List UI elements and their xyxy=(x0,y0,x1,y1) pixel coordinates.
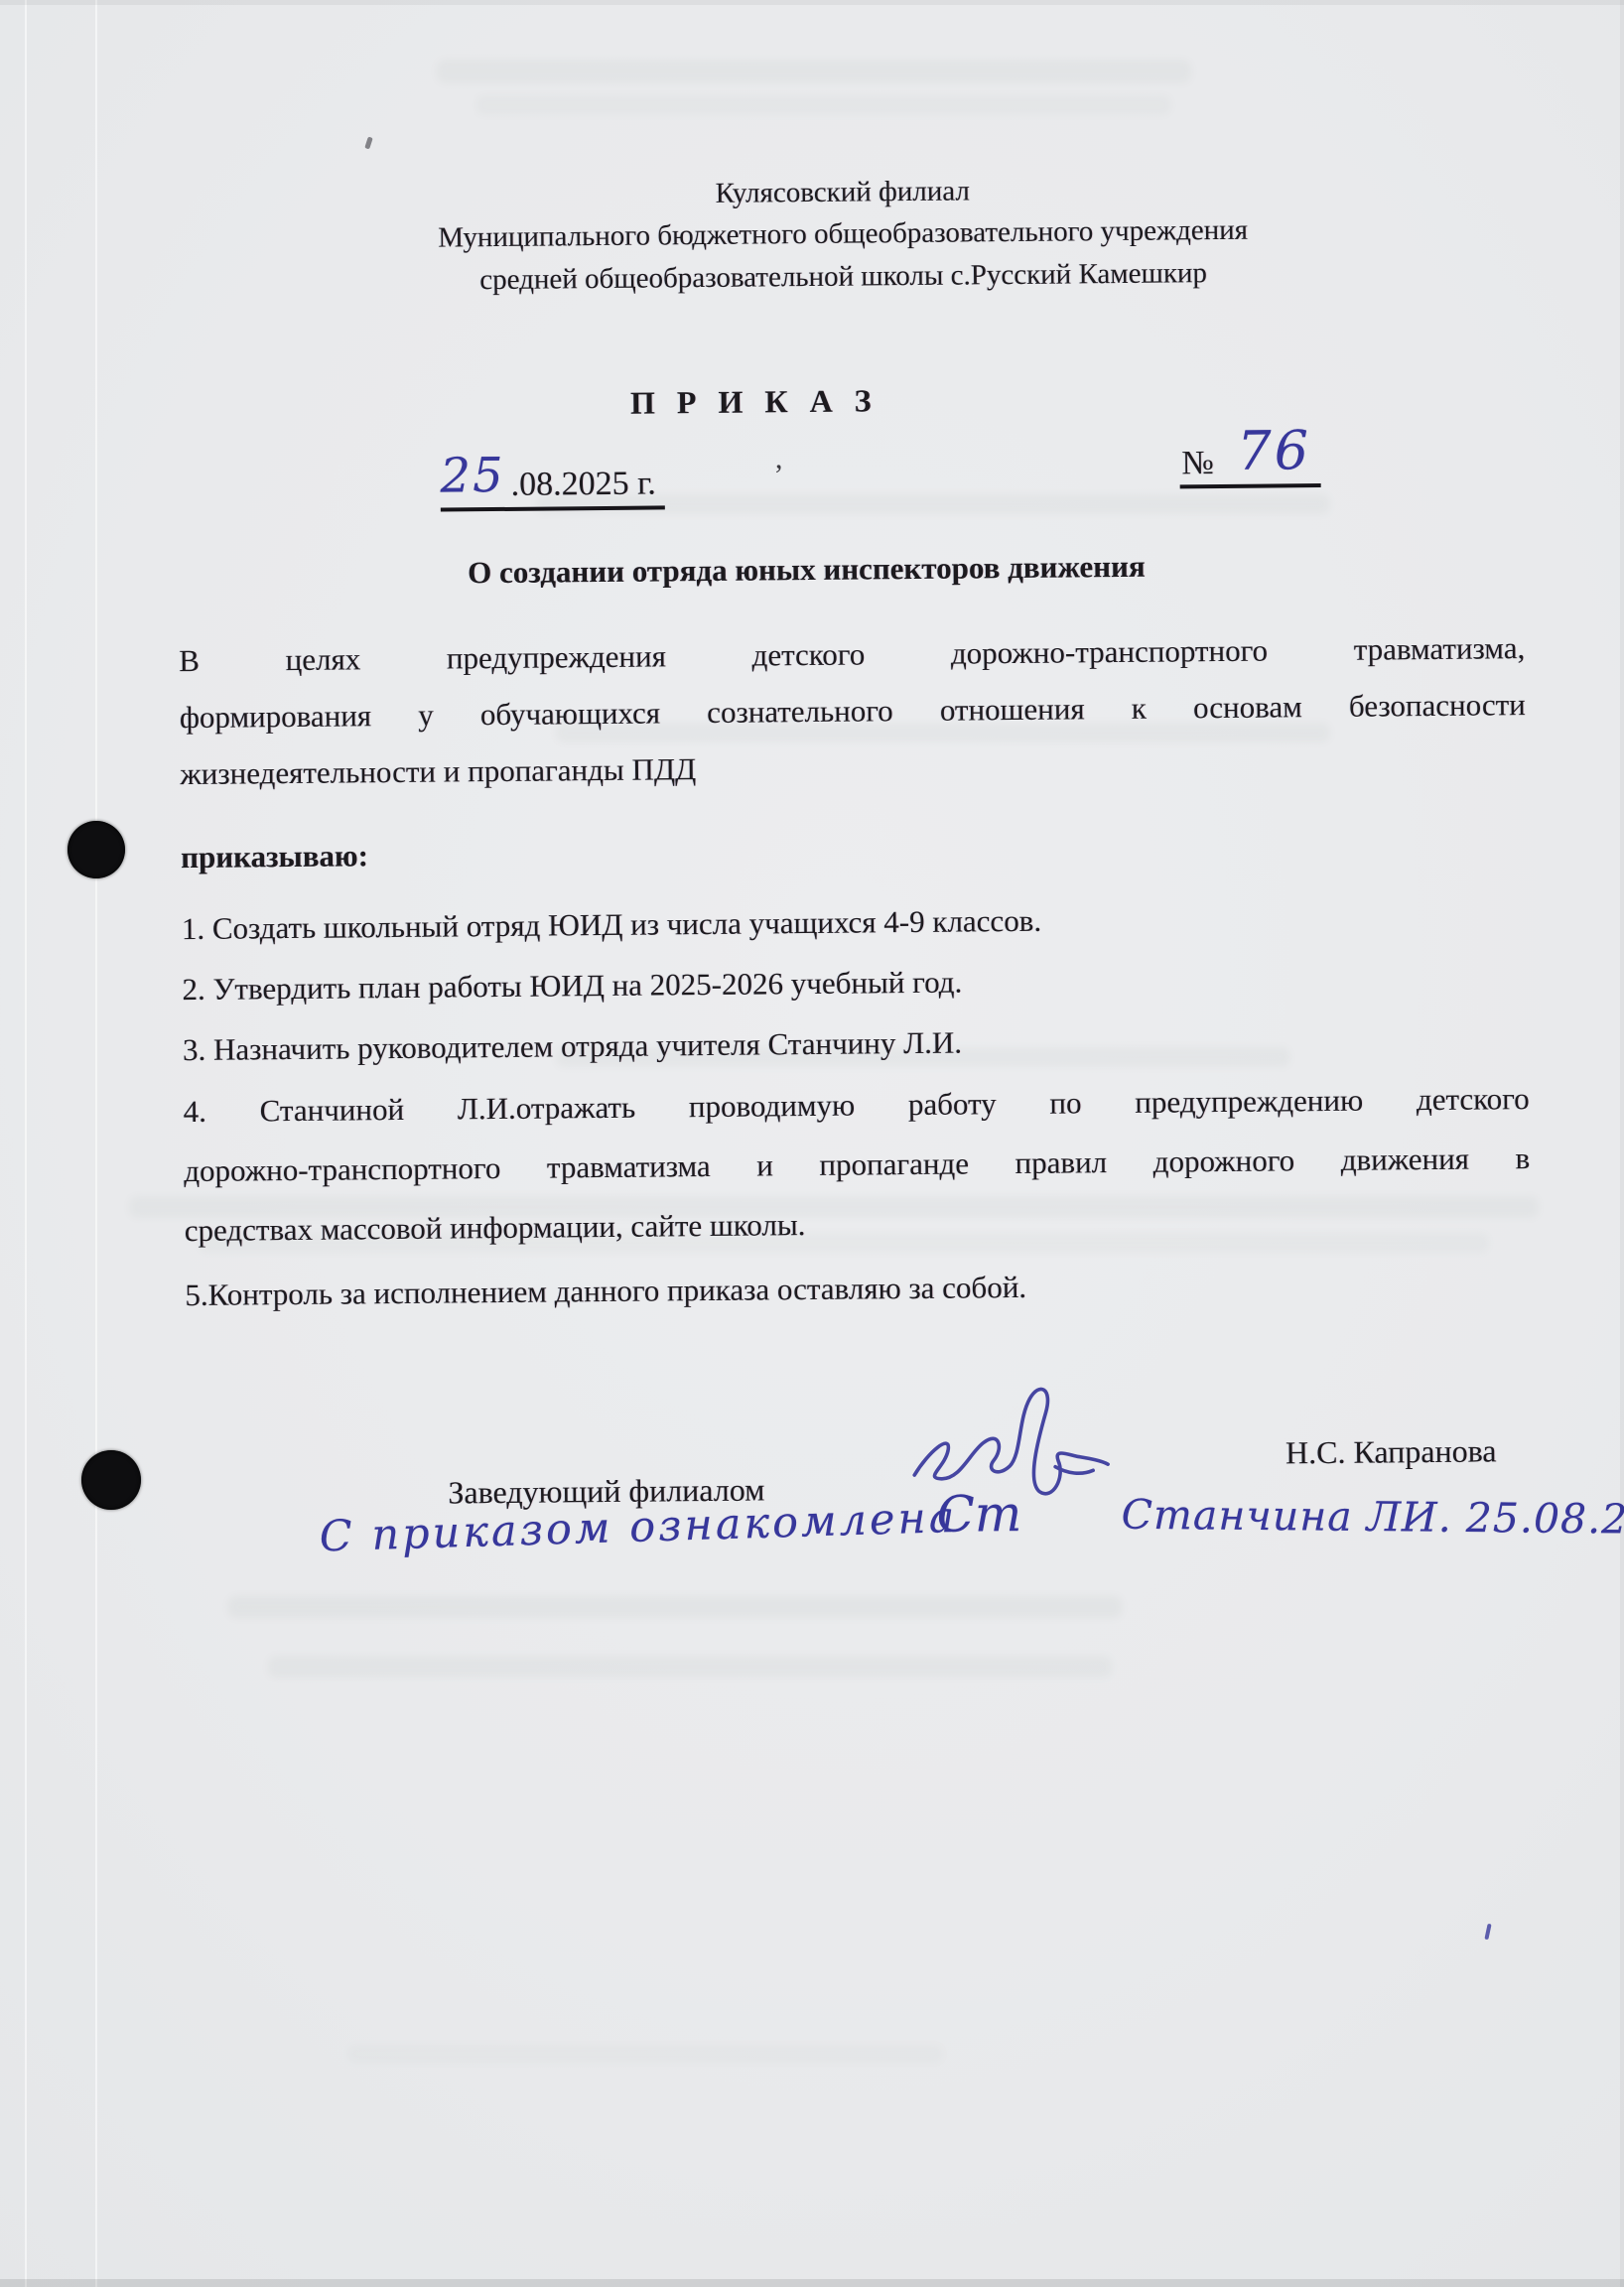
stray-pen-mark: ’ xyxy=(773,459,783,492)
signoff-name: Н.С. Капранова xyxy=(1286,1432,1497,1471)
order-item-3: 3. Назначить руководителем отряда учител… xyxy=(183,1019,1529,1068)
number-sign: № xyxy=(1181,445,1214,482)
order-number: № 76 xyxy=(1179,438,1320,488)
preamble-line-3: жизнедеятельности и пропаганды ПДД xyxy=(180,743,1526,792)
date-printed-part: .08.2025 г. xyxy=(511,465,656,503)
scan-edge-shadow xyxy=(0,2279,1624,2287)
scan-edge-shadow xyxy=(0,0,1624,5)
org-name-line-2: Муниципального бюджетного общеобразовате… xyxy=(239,214,1446,255)
order-item-5: 5.Контроль за исполнением данного приказ… xyxy=(185,1265,1531,1313)
acknowledgement-name-and-date: Станчина ЛИ. 25.08.25г xyxy=(1121,1491,1624,1544)
preamble-line-2: формирования у обучающихся сознательного… xyxy=(180,687,1526,736)
paper-background: Кулясовский филиал Муниципального бюджет… xyxy=(0,0,1624,2287)
document-content: Кулясовский филиал Муниципального бюджет… xyxy=(0,0,1624,2287)
order-item-1: 1. Создать школьный отряд ЮИД из числа у… xyxy=(182,898,1528,947)
order-item-4-line-1: 4. Станчиной Л.И.отражать проводимую раб… xyxy=(183,1081,1529,1130)
acknowledgement-initials-signature: Ст xyxy=(936,1485,1021,1544)
acknowledgement-phrase-handwritten: С приказом ознакомлена xyxy=(319,1493,958,1562)
order-item-4-line-3: средствах массовой информации, сайте шко… xyxy=(185,1200,1531,1249)
preamble-line-1: В целях предупреждения детского дорожно-… xyxy=(179,630,1525,679)
order-date: 25 .08.2025 г. xyxy=(440,450,665,511)
org-name-line-1: Кулясовский филиал xyxy=(239,173,1446,213)
hole-punch-top xyxy=(68,821,125,878)
order-item-4-line-2: дорожно-транспортного травматизма и проп… xyxy=(184,1141,1530,1189)
scan-edge-shadow xyxy=(1620,0,1624,2287)
order-item-2: 2. Утвердить план работы ЮИД на 2025-202… xyxy=(182,959,1528,1008)
hole-punch-bottom xyxy=(81,1450,141,1510)
date-day-handwritten: 25 xyxy=(440,448,505,504)
scanned-order-document: { "document": { "header_lines": [ "Куляс… xyxy=(0,0,1624,2287)
decree-word: приказываю: xyxy=(181,838,368,875)
order-subject: О создании отряда юных инспекторов движе… xyxy=(12,544,1600,595)
org-name-line-3: средней общеобразовательной школы с.Русс… xyxy=(240,257,1447,298)
number-value-handwritten: 76 xyxy=(1237,419,1311,482)
